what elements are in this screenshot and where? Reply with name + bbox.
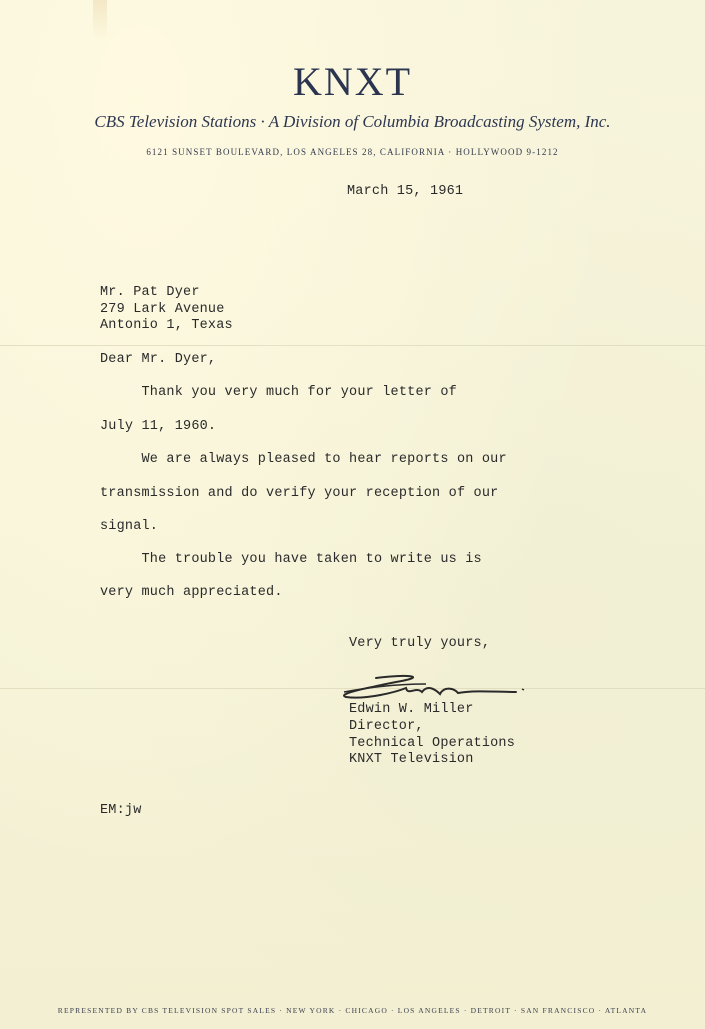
handwritten-signature: [336, 672, 531, 706]
body-line: July 11, 1960.: [100, 419, 216, 434]
recipient-city: Antonio 1, Texas: [100, 318, 233, 333]
station-name: KNXT: [0, 58, 705, 105]
body-line: Thank you very much for your letter of: [100, 385, 457, 400]
paper-stain: [93, 0, 107, 40]
body-line: transmission and do verify your receptio…: [100, 486, 498, 501]
signer-organization: KNXT Television: [349, 752, 474, 767]
salutation: Dear Mr. Dyer,: [100, 352, 216, 367]
letterhead-subtitle: CBS Television Stations · A Division of …: [0, 112, 705, 132]
body-line: signal.: [100, 519, 158, 534]
letterhead-address: 6121 SUNSET BOULEVARD, LOS ANGELES 28, C…: [0, 147, 705, 157]
body-line: very much appreciated.: [100, 585, 283, 600]
signer-department: Technical Operations: [349, 736, 515, 751]
closing: Very truly yours,: [349, 636, 490, 651]
reference-initials: EM:jw: [100, 803, 142, 818]
fold-line: [0, 345, 705, 346]
letter-date: March 15, 1961: [347, 184, 463, 199]
recipient-street: 279 Lark Avenue: [100, 302, 225, 317]
signer-title: Director,: [349, 719, 424, 734]
body-line: We are always pleased to hear reports on…: [100, 452, 507, 467]
recipient-name: Mr. Pat Dyer: [100, 285, 200, 300]
signer-name: Edwin W. Miller: [349, 702, 474, 717]
body-line: The trouble you have taken to write us i…: [100, 552, 482, 567]
footer-representation: REPRESENTED BY CBS TELEVISION SPOT SALES…: [0, 1006, 705, 1015]
